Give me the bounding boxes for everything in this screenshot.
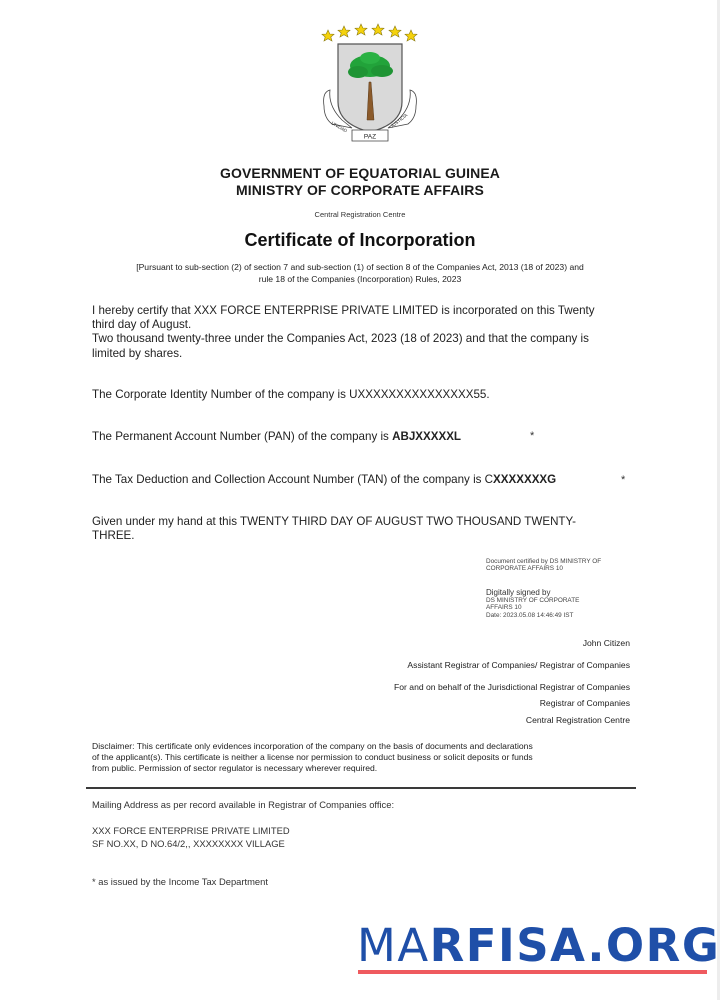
svg-text:PAZ: PAZ <box>364 134 376 141</box>
certificate-title: Certificate of Incorporation <box>0 230 720 251</box>
tan-statement: The Tax Deduction and Collection Account… <box>92 473 632 487</box>
digital-signer-line-1: DS MINISTRY OF CORPORATE <box>486 597 636 604</box>
certified-line-2: CORPORATE AFFAIRS 10 <box>486 565 636 572</box>
registrar-designation: Assistant Registrar of Companies/ Regist… <box>407 660 630 670</box>
digital-signer-line-2: AFFAIRS 10 <box>486 604 636 611</box>
income-tax-footnote: * as issued by the Income Tax Department <box>92 876 268 887</box>
tan-label: The Tax Deduction and Collection Account… <box>92 473 493 486</box>
pan-footnote-marker: * <box>530 430 534 442</box>
registrar-centre: Central Registration Centre <box>526 715 630 725</box>
certify-line-3: Two thousand twenty-three under the Comp… <box>92 332 632 346</box>
address-line-1: XXX FORCE ENTERPRISE PRIVATE LIMITED <box>92 825 290 838</box>
digital-signature-block: Digitally signed by DS MINISTRY OF CORPO… <box>486 588 636 619</box>
registrar-name: John Citizen <box>583 638 630 648</box>
watermark-part-2: RFISA <box>430 919 588 972</box>
disclaimer-line-1: Disclaimer: This certificate only eviden… <box>92 741 612 752</box>
digital-signature-heading: Digitally signed by <box>486 588 636 597</box>
ministry-heading: MINISTRY OF CORPORATE AFFAIRS <box>0 182 720 198</box>
certify-line-2: third day of August. <box>92 318 632 332</box>
certified-line-1: Document certified by DS MINISTRY OF <box>486 558 636 565</box>
registrar-office: Registrar of Companies <box>540 698 630 708</box>
pan-label: The Permanent Account Number (PAN) of th… <box>92 430 392 443</box>
certificate-page: PAZ UNIDAD JUSTICIA GOVERNMENT OF EQUATO… <box>0 0 720 1000</box>
pan-value: ABJXXXXXL <box>392 430 461 443</box>
section-divider <box>86 787 636 789</box>
digital-signature-date: Date: 2023.05.08 14:46:49 IST <box>486 612 636 619</box>
pan-statement: The Permanent Account Number (PAN) of th… <box>92 430 632 444</box>
disclaimer-line-3: from public. Permission of sector regula… <box>92 763 612 774</box>
pursuant-line-2: rule 18 of the Companies (Incorporation)… <box>100 274 620 286</box>
watermark-underline <box>358 970 707 974</box>
pursuant-clause: [Pursuant to sub-section (2) of section … <box>100 262 620 285</box>
address-line-2: SF NO.XX, D NO.64/2,, XXXXXXXX VILLAGE <box>92 838 290 851</box>
pursuant-line-1: [Pursuant to sub-section (2) of section … <box>100 262 620 274</box>
tan-footnote-marker: * <box>621 474 625 486</box>
certification-paragraph: I hereby certify that XXX FORCE ENTERPRI… <box>92 304 632 361</box>
watermark-part-1: MA <box>357 919 430 972</box>
coat-of-arms-icon: PAZ UNIDAD JUSTICIA <box>318 20 422 150</box>
given-under-hand-paragraph: Given under my hand at this TWENTY THIRD… <box>92 515 622 543</box>
registrar-behalf: For and on behalf of the Jurisdictional … <box>394 682 630 692</box>
registration-centre-label: Central Registration Centre <box>0 210 720 219</box>
document-certified-note: Document certified by DS MINISTRY OF COR… <box>486 558 636 573</box>
tan-value: XXXXXXXG <box>493 473 556 486</box>
government-heading: GOVERNMENT OF EQUATORIAL GUINEA <box>0 165 720 181</box>
cin-statement: The Corporate Identity Number of the com… <box>92 388 632 402</box>
mailing-address-heading: Mailing Address as per record available … <box>92 799 394 810</box>
mailing-address: XXX FORCE ENTERPRISE PRIVATE LIMITED SF … <box>92 825 290 850</box>
certify-line-1: I hereby certify that XXX FORCE ENTERPRI… <box>92 304 632 318</box>
disclaimer: Disclaimer: This certificate only eviden… <box>92 741 612 773</box>
marfisa-watermark-logo: MARFISA.ORG <box>357 922 720 970</box>
given-line-2: THREE. <box>92 529 622 543</box>
given-line-1: Given under my hand at this TWENTY THIRD… <box>92 515 622 529</box>
certify-line-4: limited by shares. <box>92 347 632 361</box>
disclaimer-line-2: of the applicant(s). This certificate is… <box>92 752 612 763</box>
watermark-part-3: .ORG <box>587 919 720 972</box>
